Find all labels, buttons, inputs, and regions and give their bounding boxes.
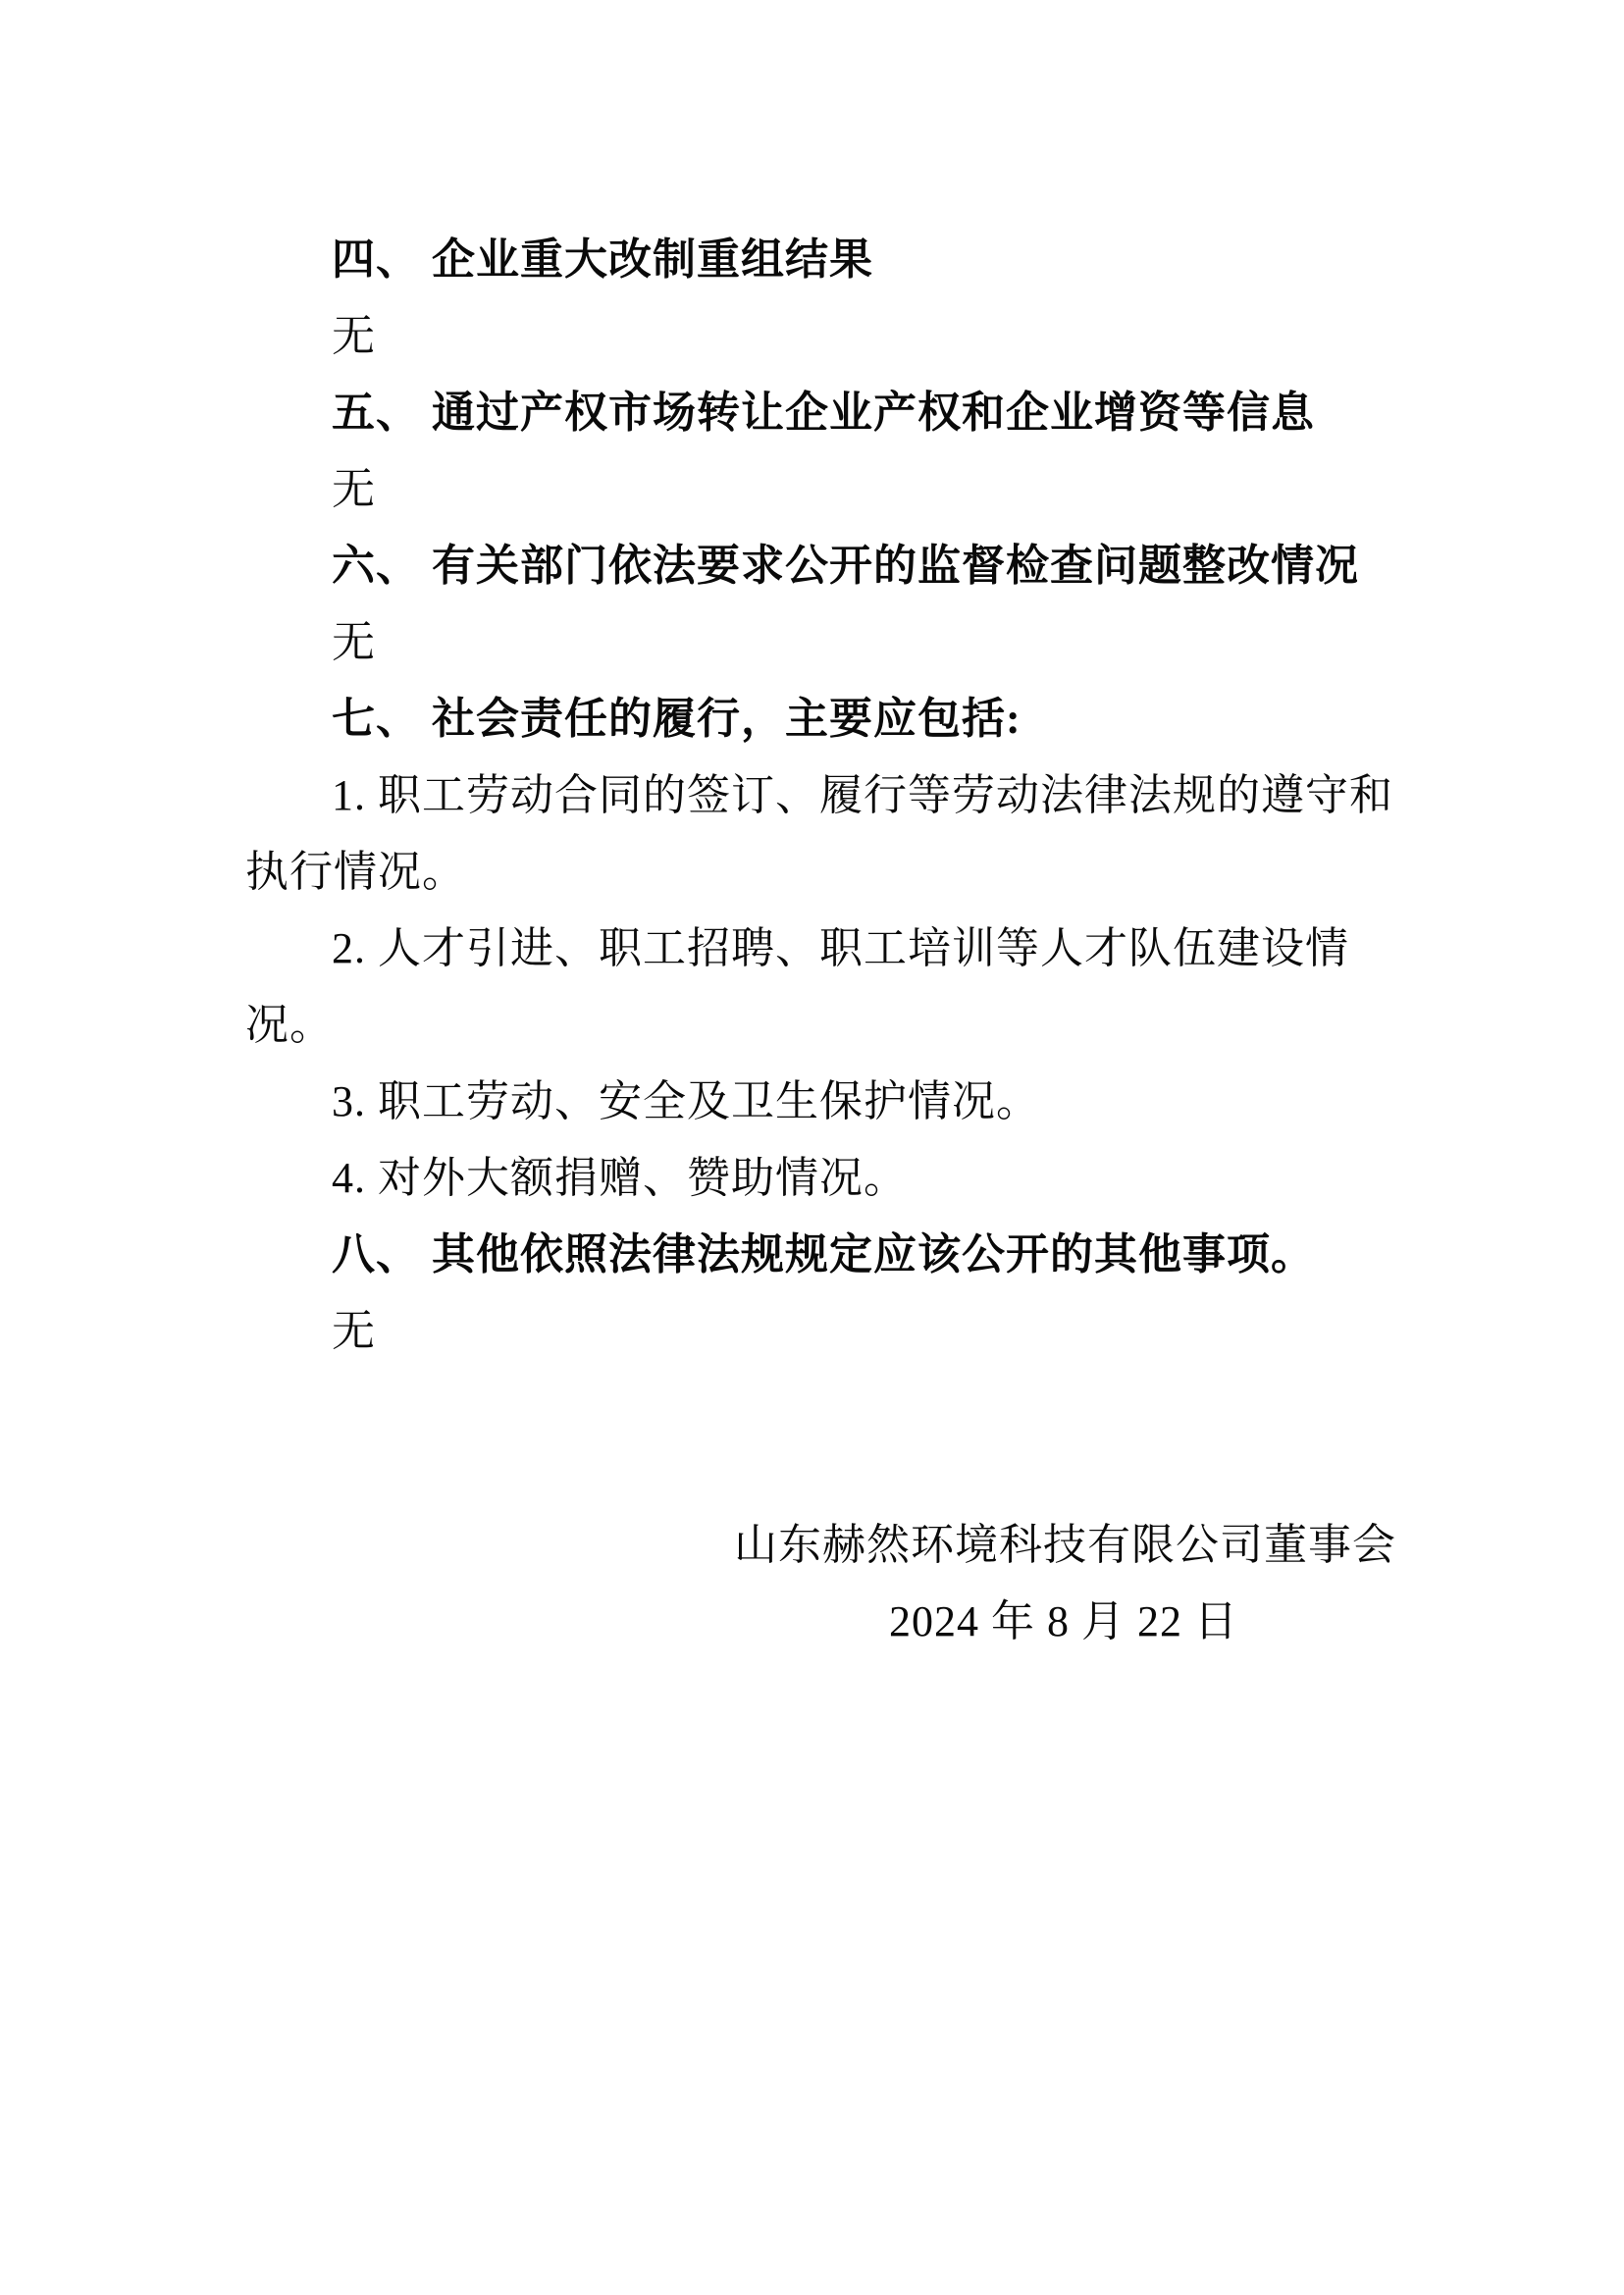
signature-date: 2024 年 8 月 22 日 bbox=[734, 1584, 1393, 1660]
section-6-answer-none: 无 bbox=[245, 604, 1403, 681]
section-8-answer-none: 无 bbox=[245, 1293, 1403, 1370]
section-heading-6: 六、 有关部门依法要求公开的监督检查问题整改情况 bbox=[245, 528, 1403, 604]
section-7-item-2: 2. 人才引进、职工招聘、职工培训等人才队伍建设情况。 bbox=[245, 911, 1403, 1064]
section-7-item-4: 4. 对外大额捐赠、赞助情况。 bbox=[245, 1140, 1403, 1217]
section-4-answer-none: 无 bbox=[245, 298, 1403, 375]
section-heading-5: 五、 通过产权市场转让企业产权和企业增资等信息 bbox=[245, 375, 1403, 451]
section-heading-8: 八、 其他依照法律法规规定应该公开的其他事项。 bbox=[245, 1217, 1403, 1293]
signature-company: 山东赫然环境科技有限公司董事会 bbox=[734, 1507, 1393, 1584]
document-page: 四、 企业重大改制重组结果 无 五、 通过产权市场转让企业产权和企业增资等信息 … bbox=[0, 0, 1624, 2295]
section-heading-7: 七、 社会责任的履行，主要应包括: bbox=[245, 681, 1403, 757]
section-7-item-3: 3. 职工劳动、安全及卫生保护情况。 bbox=[245, 1064, 1403, 1140]
signature-block: 山东赫然环境科技有限公司董事会 2024 年 8 月 22 日 bbox=[734, 1507, 1393, 1660]
section-heading-4: 四、 企业重大改制重组结果 bbox=[245, 222, 1403, 298]
section-5-answer-none: 无 bbox=[245, 451, 1403, 528]
section-7-item-1: 1. 职工劳动合同的签订、履行等劳动法律法规的遵守和执行情况。 bbox=[245, 757, 1403, 911]
